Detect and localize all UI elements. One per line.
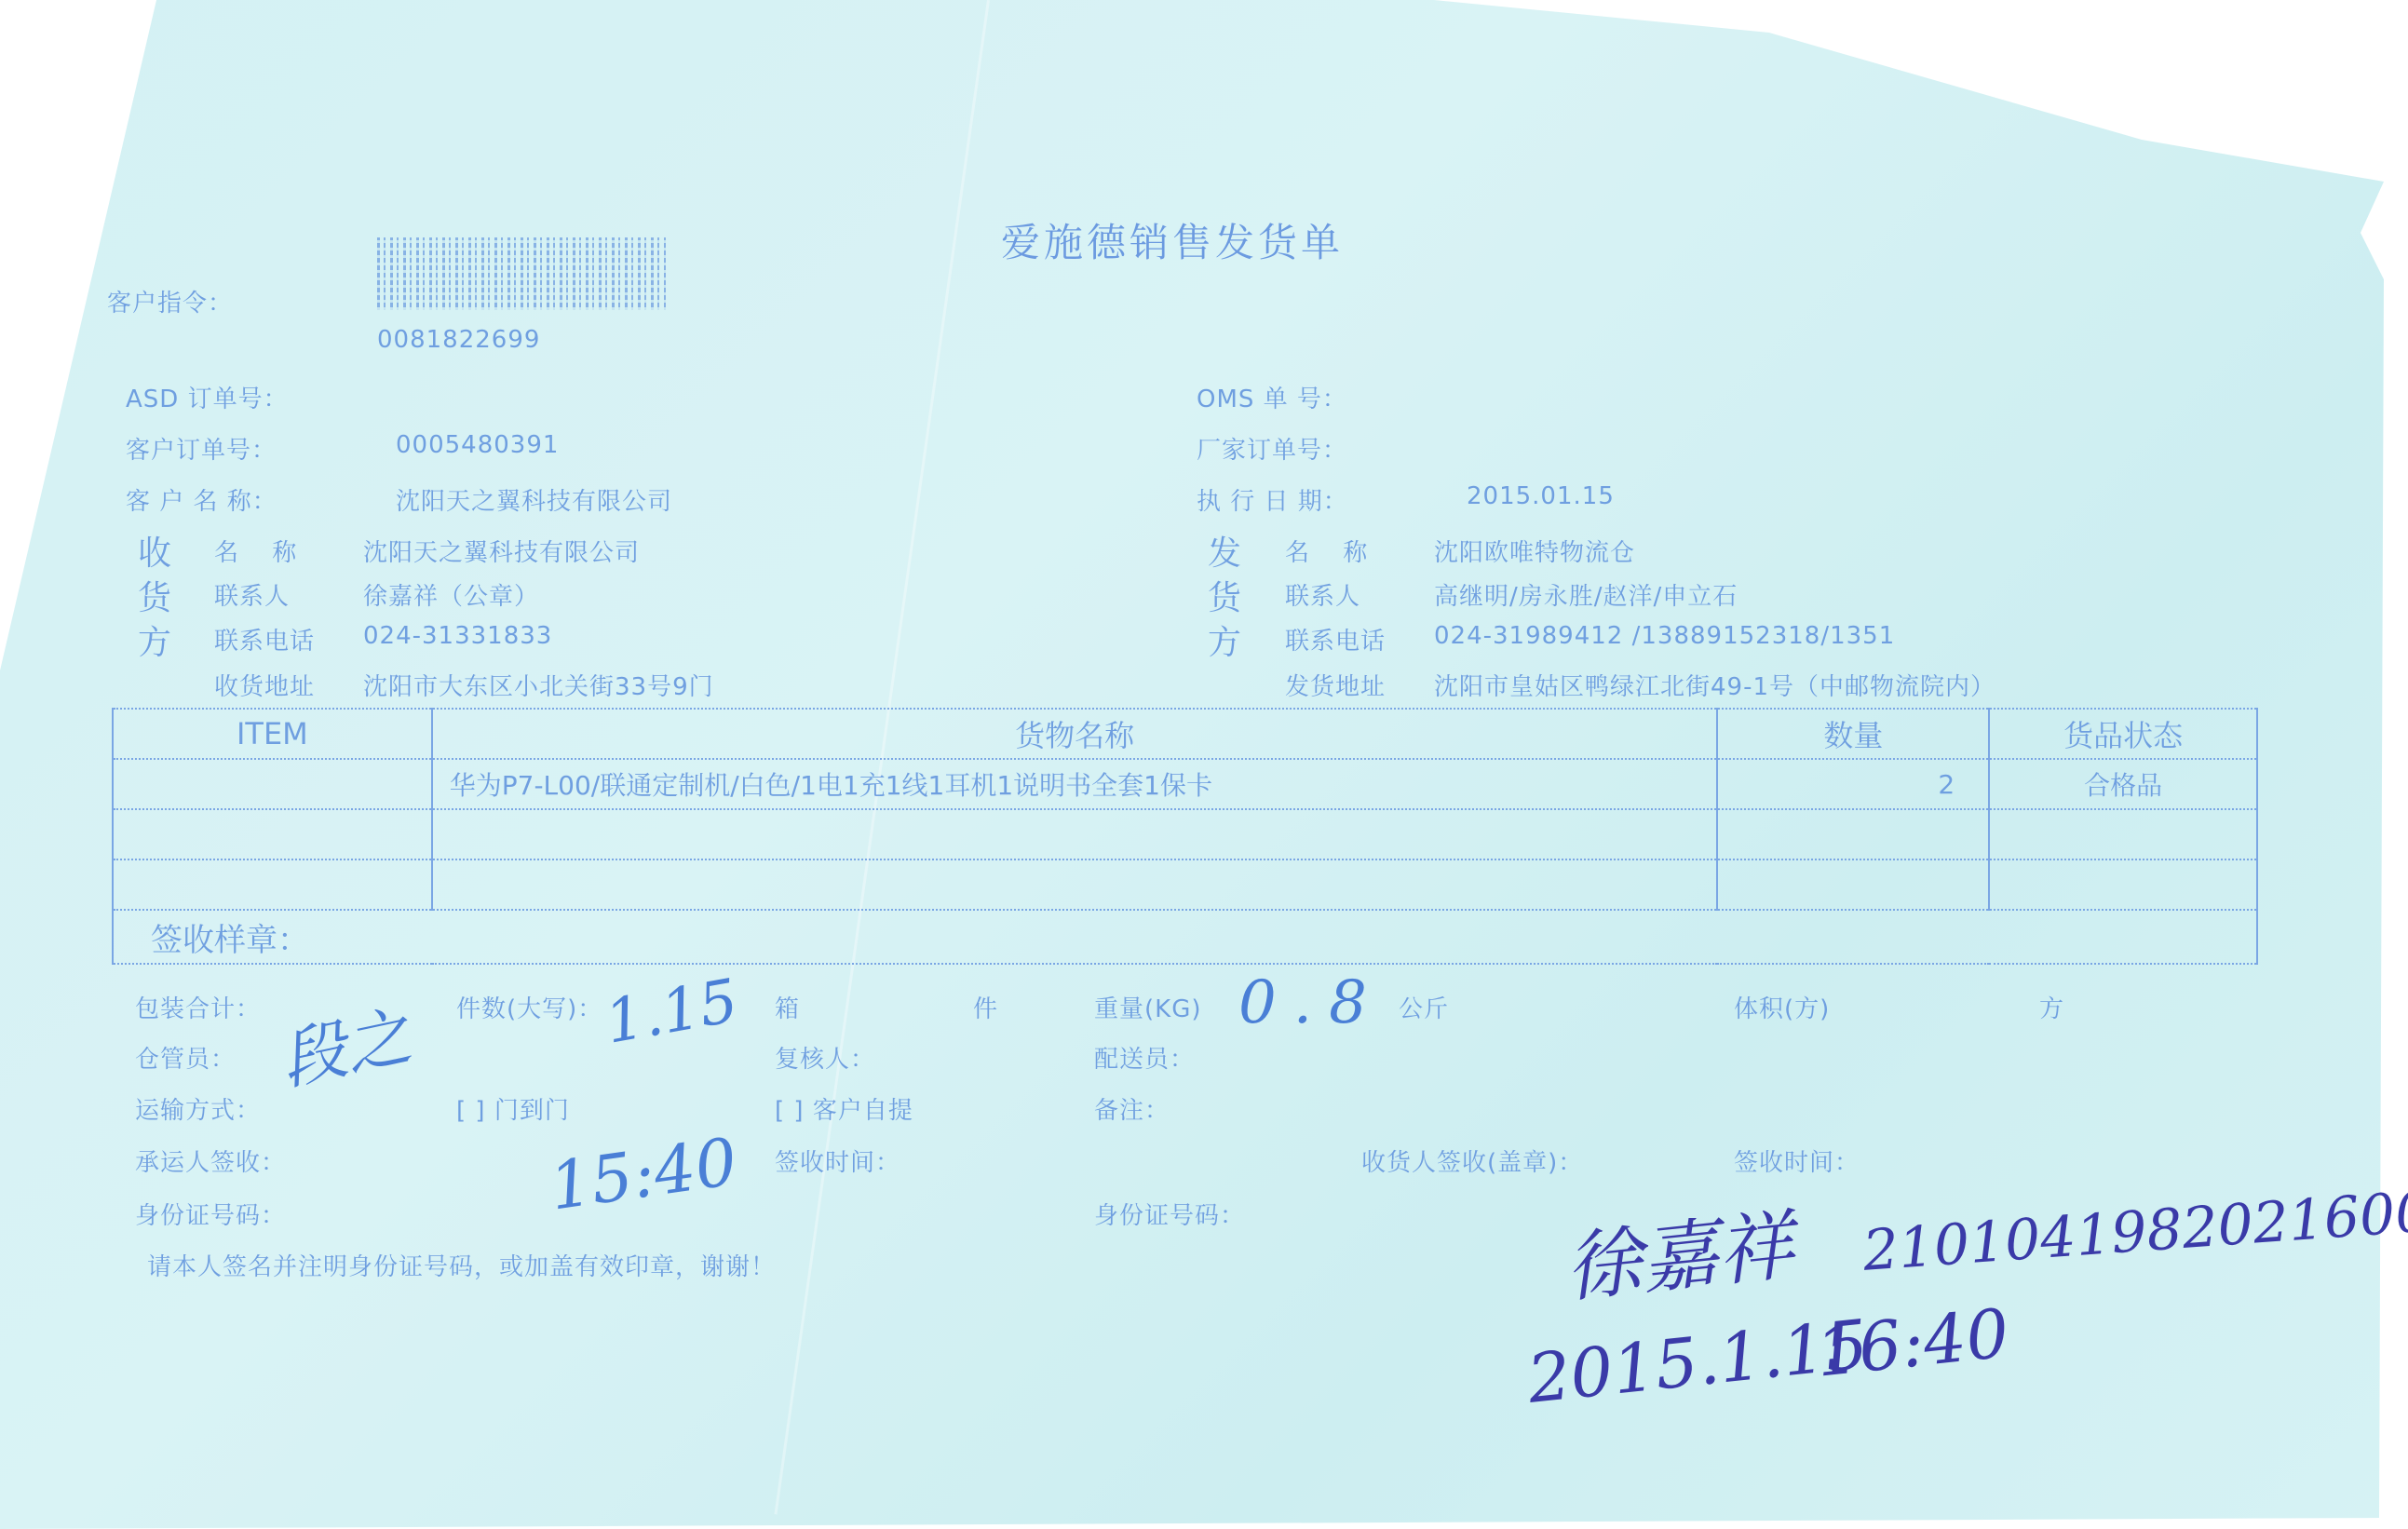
receiver-phone-value: 024-31331833	[363, 622, 552, 650]
cell-goods-name: 华为P7-L00/联通定制机/白色/1电1充1线1耳机1说明书全套1保卡	[432, 759, 1718, 809]
barcode-number: 0081822699	[377, 326, 540, 354]
goods-table: ITEM 货物名称 数量 货品状态 华为P7-L00/联通定制机/白色/1电1充…	[112, 708, 2258, 965]
cell-item	[113, 759, 432, 809]
document-title: 爱施德销售发货单	[1001, 212, 1344, 268]
package-total-label: 包装合计：	[135, 990, 261, 1024]
cell-quantity	[1717, 809, 1989, 859]
transport-label: 运输方式：	[135, 1091, 261, 1126]
receiver-address-value: 沈阳市大东区小北关街33号9门	[363, 668, 714, 702]
header-goods-name: 货物名称	[432, 709, 1718, 759]
customer-order-value: 0005480391	[396, 431, 559, 459]
receiver-sign-time-label: 签收时间：	[1734, 1143, 1860, 1178]
shipper-contact-label: 联系人	[1285, 577, 1360, 612]
asd-order-label: ASD 订单号：	[126, 380, 289, 414]
cell-goods-status	[1989, 859, 2257, 910]
exec-date-label: 执 行 日 期：	[1197, 482, 1348, 517]
table-row	[113, 809, 2257, 859]
carrier-sign-label: 承运人签收：	[135, 1143, 286, 1178]
receiver-phone-label: 联系电话	[214, 622, 315, 656]
table-row	[113, 859, 2257, 910]
pieces-label: 件数(大写)：	[456, 990, 602, 1024]
cell-goods-status: 合格品	[1989, 759, 2257, 809]
volume-unit: 方	[2039, 990, 2064, 1024]
sign-stamp-label: 签收样章：	[113, 910, 2257, 964]
weight-unit: 公斤	[1399, 990, 1449, 1024]
weight-label: 重量(KG)	[1094, 990, 1202, 1024]
shipper-name-value: 沈阳欧唯特物流仓	[1434, 534, 1635, 568]
receiver-address-label: 收货地址	[214, 668, 315, 702]
delivery-person-label: 配送员：	[1094, 1040, 1195, 1075]
table-row: 华为P7-L00/联通定制机/白色/1电1充1线1耳机1说明书全套1保卡 2 合…	[113, 759, 2257, 809]
warehouse-keeper-label: 仓管员：	[135, 1040, 236, 1075]
cell-item	[113, 859, 432, 910]
receiver-side-label-2: 货	[138, 572, 172, 619]
shipper-contact-value: 高继明/房永胜/赵洋/申立石	[1434, 577, 1738, 612]
cell-quantity: 2	[1717, 759, 1989, 809]
remark-label: 备注：	[1094, 1091, 1170, 1126]
shipper-address-label: 发货地址	[1285, 668, 1386, 702]
customer-name-value: 沈阳天之翼科技有限公司	[396, 482, 672, 517]
reviewer-label: 复核人：	[775, 1040, 875, 1075]
box-label: 箱	[775, 990, 800, 1024]
customer-instruction-label: 客户指令：	[107, 284, 233, 318]
self-pickup-checkbox[interactable]: [ ] 客户自提	[775, 1091, 913, 1126]
shipper-address-value: 沈阳市皇姑区鸭绿江北街49-1号（中邮物流院内）	[1434, 668, 1995, 702]
door-to-door-checkbox[interactable]: [ ] 门到门	[456, 1091, 570, 1126]
signature-notice: 请本人签名并注明身份证号码，或加盖有效印章，谢谢！	[147, 1248, 776, 1282]
receiver-sign-label: 收货人签收(盖章)：	[1361, 1143, 1583, 1178]
cell-goods-status	[1989, 809, 2257, 859]
receiver-side-label-1: 收	[138, 527, 172, 575]
shipper-name-label: 名 称	[1285, 534, 1380, 568]
cell-item	[113, 809, 432, 859]
exec-date-value: 2015.01.15	[1467, 482, 1615, 510]
cell-goods-name	[432, 859, 1718, 910]
handwritten-weight: 0.8	[1238, 968, 1384, 1037]
header-quantity: 数量	[1717, 709, 1989, 759]
volume-label: 体积(方)	[1734, 990, 1830, 1024]
id-number-label-left: 身份证号码：	[135, 1197, 286, 1231]
customer-order-label: 客户订单号：	[126, 431, 277, 466]
shipper-phone-value: 024-31989412 /13889152318/1351	[1434, 622, 1895, 650]
header-goods-status: 货品状态	[1989, 709, 2257, 759]
barcode-image	[377, 237, 666, 310]
cell-goods-name	[432, 809, 1718, 859]
shipper-phone-label: 联系电话	[1285, 622, 1386, 656]
table-header-row: ITEM 货物名称 数量 货品状态	[113, 709, 2257, 759]
shipper-side-label-3: 方	[1208, 616, 1242, 664]
customer-name-label: 客 户 名 称：	[126, 482, 277, 517]
piece-label: 件	[973, 990, 998, 1024]
receiver-contact-label: 联系人	[214, 577, 290, 612]
oms-order-label: OMS 单 号：	[1197, 380, 1347, 414]
sign-stamp-row: 签收样章：	[113, 910, 2257, 964]
receiver-contact-value: 徐嘉祥（公章）	[363, 577, 539, 612]
receiver-name-label: 名 称	[214, 534, 309, 568]
cell-quantity	[1717, 859, 1989, 910]
receiver-name-value: 沈阳天之翼科技有限公司	[363, 534, 640, 568]
factory-order-label: 厂家订单号：	[1197, 431, 1347, 466]
shipper-side-label-1: 发	[1208, 527, 1242, 575]
carrier-sign-time-label: 签收时间：	[775, 1143, 900, 1178]
id-number-label-right: 身份证号码：	[1094, 1197, 1245, 1231]
shipper-side-label-2: 货	[1208, 572, 1242, 619]
receiver-side-label-3: 方	[138, 616, 172, 664]
header-item: ITEM	[113, 709, 432, 759]
